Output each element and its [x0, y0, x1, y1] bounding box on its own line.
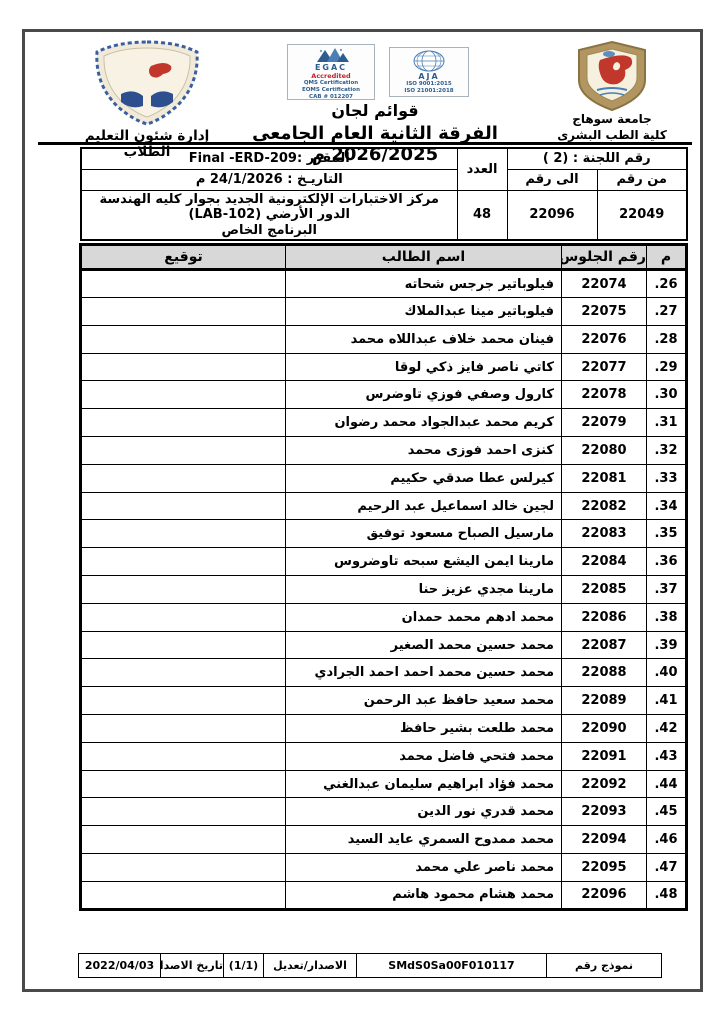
index-cell: 34. [647, 492, 687, 520]
university-name: جامعة سوهاج [552, 112, 672, 128]
signature-cell [81, 826, 286, 854]
index-cell: 31. [647, 409, 687, 437]
committee-label: رقم اللجنة : [573, 151, 651, 166]
student-row: 37.22085مارينا مجدي عزيز حنا [81, 576, 687, 604]
name-cell: محمد فتحي فاضل محمد [286, 742, 562, 770]
aja-line1: ISO 9001:2015 [393, 81, 465, 88]
count-value-cell: 48 [457, 190, 507, 240]
seat-cell: 22078 [562, 381, 647, 409]
seat-cell: 22091 [562, 742, 647, 770]
exam-location-cell: مركز الاختبارات الإلكترونية الجديد بجوار… [81, 190, 457, 240]
student-row: 29.22077كاتي ناصر فايز ذكي لوقا [81, 353, 687, 381]
student-row: 45.22093محمد قدري نور الدين [81, 798, 687, 826]
index-cell: 37. [647, 576, 687, 604]
index-cell: 43. [647, 742, 687, 770]
index-cell: 30. [647, 381, 687, 409]
seat-cell: 22094 [562, 826, 647, 854]
header-divider [38, 142, 692, 145]
student-row: 31.22079كريم محمد عبدالجواد محمد رضوان [81, 409, 687, 437]
signature-cell [81, 298, 286, 326]
signature-cell [81, 770, 286, 798]
student-row: 35.22083مارسيل الصباح مسعود توفيق [81, 520, 687, 548]
student-row: 48.22096محمد هشام محمود هاشم [81, 881, 687, 909]
egac-accreditation-icon: EGAC Accredited QMS Certification EOMS C… [287, 44, 375, 100]
location-code: (LAB-102) [189, 207, 262, 223]
student-row: 27.22075فيلوباتير مينا عبدالملاك [81, 298, 687, 326]
signature-cell [81, 603, 286, 631]
index-cell: 39. [647, 631, 687, 659]
issue-version: (1/1) [229, 959, 258, 972]
student-row: 39.22087محمد حسين محمد الصغير [81, 631, 687, 659]
student-row: 38.22086محمد ادهم محمد حمدان [81, 603, 687, 631]
signature-cell [81, 381, 286, 409]
name-cell: فينان محمد خلاف عبداللاه محمد [286, 325, 562, 353]
name-cell: محمد هشام محمود هاشم [286, 881, 562, 909]
count-label-cell: العدد [457, 148, 507, 190]
seat-cell: 22084 [562, 548, 647, 576]
student-table: م رقم الجلوس اسم الطالب توقيع 26.22074في… [79, 243, 688, 910]
signature-cell [81, 548, 286, 576]
seat-cell: 22076 [562, 325, 647, 353]
signature-cell [81, 270, 286, 298]
index-cell: 47. [647, 854, 687, 882]
seat-cell: 22088 [562, 659, 647, 687]
index-cell: 38. [647, 603, 687, 631]
committee-list: رقم اللجنة : ( 2) العدد المقرر :Final -E… [82, 147, 688, 911]
student-row: 42.22090محمد طلعت بشير حافظ [81, 715, 687, 743]
issue-label: الاصدار/تعديل [264, 954, 357, 978]
name-cell: كاتي ناصر فايز ذكي لوقا [286, 353, 562, 381]
index-cell: 26. [647, 270, 687, 298]
to-value-cell: 22096 [507, 190, 597, 240]
signature-cell [81, 520, 286, 548]
form-footer-row: نموذج رقم SMdS0Sa00F010117 الاصدار/تعديل… [79, 954, 662, 978]
document-page: جامعة سوهاج كلية الطب البشرى EGAC Accred… [22, 29, 703, 992]
seat-cell: 22092 [562, 770, 647, 798]
name-cell: كريم محمد عبدالجواد محمد رضوان [286, 409, 562, 437]
egac-line3: CAB # 012207 [291, 94, 371, 101]
from-value-cell: 22049 [597, 190, 687, 240]
index-cell: 48. [647, 881, 687, 909]
signature-cell [81, 854, 286, 882]
index-cell: 40. [647, 659, 687, 687]
signature-cell [81, 492, 286, 520]
committee-value: ( 2) [543, 151, 568, 166]
header-signature: توقيع [81, 245, 286, 270]
header-index: م [647, 245, 687, 270]
student-row: 26.22074فيلوباتير جرجس شحاته [81, 270, 687, 298]
name-cell: محمد حسين محمد الصغير [286, 631, 562, 659]
student-row: 40.22088محمد حسين محمد احمد احمد الجرادي [81, 659, 687, 687]
index-cell: 35. [647, 520, 687, 548]
issue-date: 2022/04/03 [85, 959, 154, 972]
student-row: 41.22089محمد سعيد حافظ عبد الرحمن [81, 687, 687, 715]
student-row: 30.22078كارول وصفي فوزي تاوضرس [81, 381, 687, 409]
issue-date-label: تاريخ الاصدار [161, 954, 224, 978]
seat-cell: 22081 [562, 464, 647, 492]
name-cell: كنزى احمد فوزى محمد [286, 437, 562, 465]
student-row: 33.22081كيرلس عطا صدقي حكييم [81, 464, 687, 492]
egac-status: Accredited [291, 72, 371, 80]
name-cell: محمد ناصر علي محمد [286, 854, 562, 882]
course-label: المقرر : [297, 151, 350, 166]
name-cell: مارسيل الصباح مسعود توفيق [286, 520, 562, 548]
seat-cell: 22074 [562, 270, 647, 298]
name-cell: محمد قدري نور الدين [286, 798, 562, 826]
seat-cell: 22090 [562, 715, 647, 743]
student-affairs-shield-icon [61, 40, 233, 126]
seat-cell: 22083 [562, 520, 647, 548]
signature-cell [81, 325, 286, 353]
signature-cell [81, 631, 286, 659]
seat-cell: 22082 [562, 492, 647, 520]
name-cell: لجين خالد اسماعيل عبد الرحيم [286, 492, 562, 520]
seat-cell: 22086 [562, 603, 647, 631]
seat-cell: 22085 [562, 576, 647, 604]
student-row: 28.22076فينان محمد خلاف عبداللاه محمد [81, 325, 687, 353]
index-cell: 44. [647, 770, 687, 798]
form-number-value: SMdS0Sa00F010117 [357, 954, 547, 978]
name-cell: كيرلس عطا صدقي حكييم [286, 464, 562, 492]
seat-cell: 22077 [562, 353, 647, 381]
signature-cell [81, 742, 286, 770]
name-cell: محمد سعيد حافظ عبد الرحمن [286, 687, 562, 715]
seat-cell: 22095 [562, 854, 647, 882]
signature-cell [81, 715, 286, 743]
egac-name: EGAC [291, 63, 371, 72]
index-cell: 45. [647, 798, 687, 826]
date-cell: التاريـخ : 24/1/2026 م [81, 169, 457, 190]
seat-cell: 22093 [562, 798, 647, 826]
student-row: 47.22095محمد ناصر علي محمد [81, 854, 687, 882]
date-value: 24/1/2026 [210, 172, 283, 187]
university-block: جامعة سوهاج كلية الطب البشرى [552, 40, 672, 143]
signature-cell [81, 881, 286, 909]
committee-number-cell: رقم اللجنة : ( 2) [507, 148, 687, 169]
signature-cell [81, 409, 286, 437]
index-cell: 28. [647, 325, 687, 353]
seat-cell: 22080 [562, 437, 647, 465]
form-footer-table: نموذج رقم SMdS0Sa00F010117 الاصدار/تعديل… [78, 953, 662, 978]
student-row: 46.22094محمد ممدوح السمري عايد السيد [81, 826, 687, 854]
student-row: 36.22084مارينا ايمن اليشع سبحه تاوضروس [81, 548, 687, 576]
index-cell: 42. [647, 715, 687, 743]
seat-cell: 22087 [562, 631, 647, 659]
student-row: 44.22092محمد فؤاد ابراهيم سليمان عبدالغن… [81, 770, 687, 798]
seat-cell: 22096 [562, 881, 647, 909]
seat-cell: 22079 [562, 409, 647, 437]
name-cell: فيلوباتير مينا عبدالملاك [286, 298, 562, 326]
exam-info-table: رقم اللجنة : ( 2) العدد المقرر :Final -E… [80, 147, 688, 241]
header-name: اسم الطالب [286, 245, 562, 270]
certification-logos: EGAC Accredited QMS Certification EOMS C… [287, 44, 469, 100]
student-row: 43.22091محمد فتحي فاضل محمد [81, 742, 687, 770]
signature-cell [81, 687, 286, 715]
signature-cell [81, 798, 286, 826]
student-table-header-row: م رقم الجلوس اسم الطالب توقيع [81, 245, 687, 270]
signature-cell [81, 659, 286, 687]
issue-date-value: 2022/04/03 [79, 954, 161, 978]
student-row: 32.22080كنزى احمد فوزى محمد [81, 437, 687, 465]
egac-line2: EOMS Certification [291, 87, 371, 94]
name-cell: محمد ممدوح السمري عايد السيد [286, 826, 562, 854]
course-value: Final -ERD-209 [189, 151, 297, 166]
name-cell: محمد طلعت بشير حافظ [286, 715, 562, 743]
signature-cell [81, 437, 286, 465]
signature-cell [81, 464, 286, 492]
index-cell: 46. [647, 826, 687, 854]
name-cell: فيلوباتير جرجس شحاته [286, 270, 562, 298]
name-cell: مارينا ايمن اليشع سبحه تاوضروس [286, 548, 562, 576]
location-line1: مركز الاختبارات الإلكترونية الجديد بجوار… [100, 192, 439, 223]
issue-value: (1/1) [224, 954, 264, 978]
seat-cell: 22075 [562, 298, 647, 326]
index-cell: 33. [647, 464, 687, 492]
course-cell: المقرر :Final -ERD-209 [81, 148, 457, 169]
seat-cell: 22089 [562, 687, 647, 715]
index-cell: 36. [647, 548, 687, 576]
name-cell: محمد ادهم محمد حمدان [286, 603, 562, 631]
university-shield-icon [552, 40, 672, 112]
index-cell: 27. [647, 298, 687, 326]
to-label-cell: الى رقم [507, 169, 597, 190]
faculty-name: كلية الطب البشرى [552, 128, 672, 144]
name-cell: محمد فؤاد ابراهيم سليمان عبدالغني [286, 770, 562, 798]
title-year-text: الفرقة الثانية العام الجامعي [252, 123, 498, 144]
date-label: التاريـخ : [287, 172, 342, 187]
aja-line2: ISO 21001:2018 [393, 88, 465, 95]
student-row: 34.22082لجين خالد اسماعيل عبد الرحيم [81, 492, 687, 520]
title-line1: قوائم لجان [220, 101, 530, 120]
location-line2: البرنامج الخاص [221, 223, 317, 238]
date-suffix: م [196, 172, 206, 187]
from-label-cell: من رقم [597, 169, 687, 190]
index-cell: 29. [647, 353, 687, 381]
name-cell: محمد حسين محمد احمد احمد الجرادي [286, 659, 562, 687]
form-number-label: نموذج رقم [547, 954, 662, 978]
index-cell: 32. [647, 437, 687, 465]
aja-globe-icon: AJA ISO 9001:2015 ISO 21001:2018 [389, 47, 469, 97]
header-seat: رقم الجلوس [562, 245, 647, 270]
index-cell: 41. [647, 687, 687, 715]
name-cell: كارول وصفي فوزي تاوضرس [286, 381, 562, 409]
name-cell: مارينا مجدي عزيز حنا [286, 576, 562, 604]
aja-name: AJA [393, 72, 465, 81]
egac-line1: QMS Certification [291, 80, 371, 87]
signature-cell [81, 353, 286, 381]
form-number-code: SMdS0Sa00F010117 [388, 959, 514, 972]
signature-cell [81, 576, 286, 604]
